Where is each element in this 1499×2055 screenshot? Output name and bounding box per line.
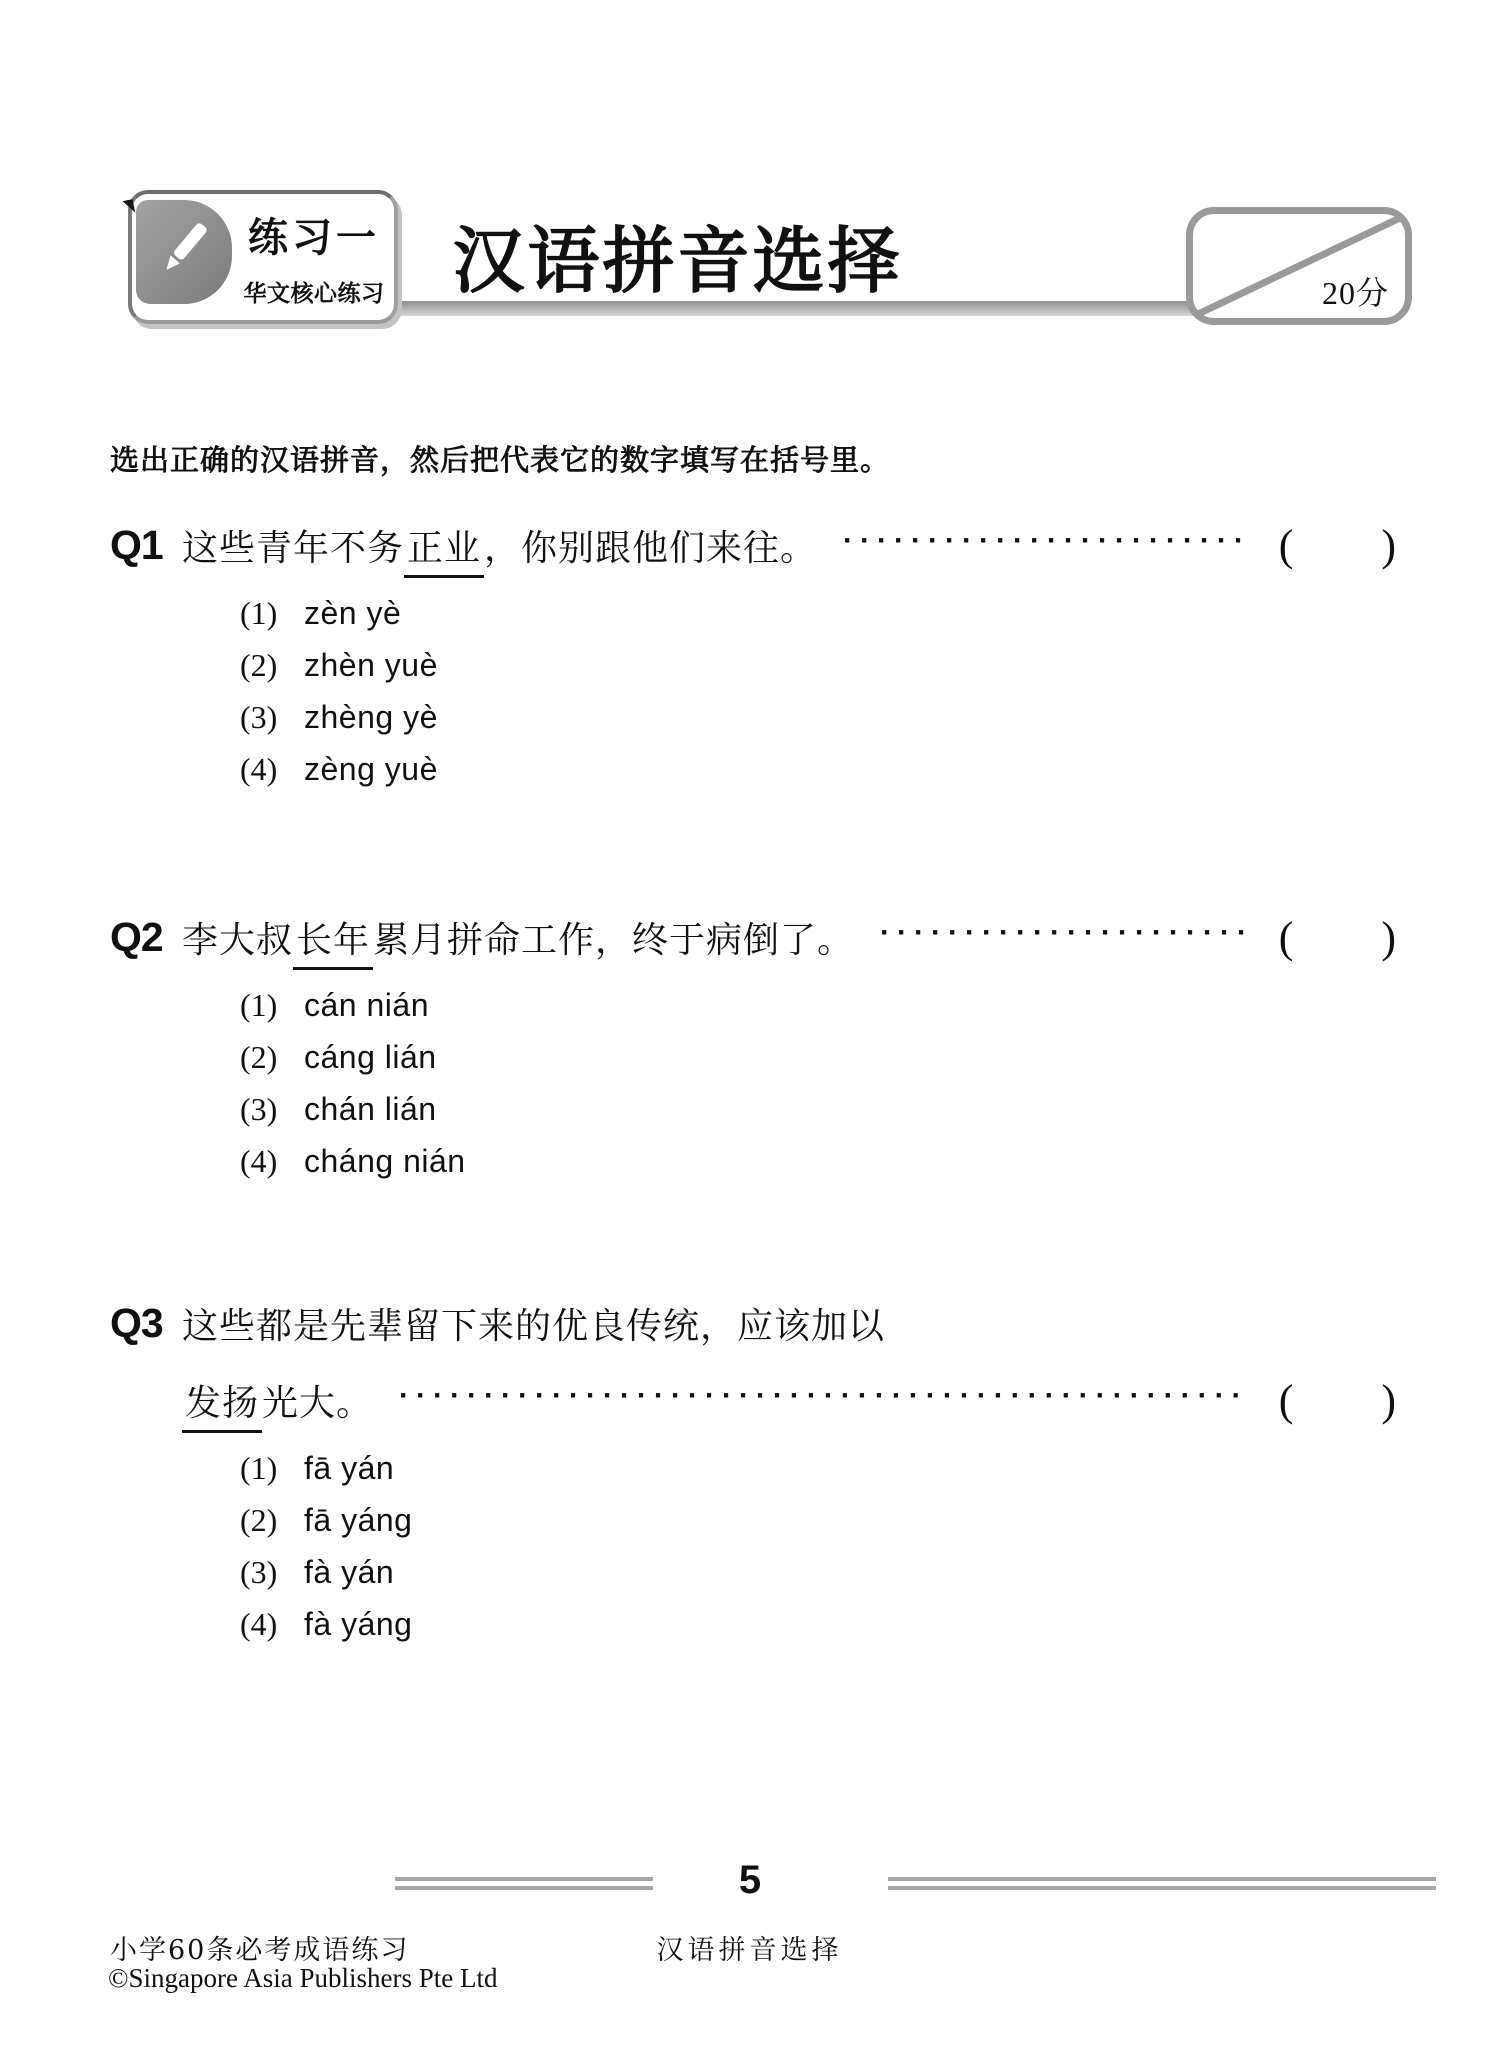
question-1-text-before: 这些青年不务 (182, 528, 404, 569)
question-2-answer-paren-open: ( (1279, 912, 1294, 963)
option-row: (1)cán nián (240, 987, 1396, 1024)
question-3-text-after: 光大。 (262, 1383, 373, 1424)
question-2-text: 李大叔长年累月拼命工作，终于病倒了。 (182, 912, 854, 963)
page-number-row: 5 (0, 1858, 1499, 1904)
option-number: (2) (240, 1039, 304, 1076)
option-pinyin: zèn yè (304, 595, 401, 632)
badge-subtitle: 华文核心练习 (236, 275, 392, 308)
question-2-text-before: 李大叔 (182, 920, 293, 961)
badge-text: 练习一 华文核心练习 (236, 206, 392, 308)
question-1-answer-paren-open: ( (1279, 520, 1294, 571)
question-3-line-1: Q3 这些都是先辈留下来的优良传统，应该加以 (110, 1298, 1396, 1349)
pencil-icon (136, 200, 232, 304)
option-row: (2)zhèn yuè (240, 647, 1396, 684)
question-2: Q2 李大叔长年累月拼命工作，终于病倒了。 ··················… (110, 912, 1396, 1195)
question-1-line: Q1 这些青年不务正业，你别跟他们来往。 ···················… (110, 520, 1396, 571)
badge-title: 练习一 (236, 206, 392, 263)
question-2-label: Q2 (110, 914, 182, 961)
option-pinyin: cáng lián (304, 1039, 437, 1076)
option-number: (1) (240, 987, 304, 1024)
page-title: 汉语拼音选择 (390, 203, 965, 307)
option-pinyin: fā yáng (304, 1502, 412, 1539)
option-number: (4) (240, 1606, 304, 1643)
option-pinyin: zhèn yuè (304, 647, 438, 684)
question-3: Q3 这些都是先辈留下来的优良传统，应该加以 发扬光大。 ···········… (110, 1298, 1396, 1658)
option-number: (4) (240, 751, 304, 788)
option-number: (3) (240, 1554, 304, 1591)
question-1-options: (1)zèn yè (2)zhèn yuè (3)zhèng yè (4)zèn… (240, 595, 1396, 788)
exercise-badge: 练习一 华文核心练习 (128, 190, 398, 324)
score-label: 20分 (1322, 268, 1389, 314)
option-row: (3)chán lián (240, 1091, 1396, 1128)
question-3-line-2: 发扬光大。 ··································… (182, 1375, 1396, 1426)
option-number: (2) (240, 1502, 304, 1539)
option-number: (3) (240, 1091, 304, 1128)
option-number: (3) (240, 699, 304, 736)
badge-corner-notch (123, 199, 136, 215)
question-1-dot-leader: ························ (843, 526, 1267, 556)
question-1-text-after: ，你别跟他们来往。 (484, 528, 817, 569)
option-row: (4)cháng nián (240, 1143, 1396, 1180)
question-2-text-after: 累月拼命工作，终于病倒了。 (373, 920, 854, 961)
option-number: (1) (240, 1450, 304, 1487)
question-1-text: 这些青年不务正业，你别跟他们来往。 (182, 520, 817, 571)
worksheet-page: 练习一 华文核心练习 汉语拼音选择 20分 选出正确的汉语拼音，然后把代表它的数… (0, 0, 1499, 2055)
option-row: (4)zèng yuè (240, 751, 1396, 788)
option-row: (1)fā yán (240, 1450, 1396, 1487)
option-pinyin: zhèng yè (304, 699, 438, 736)
option-pinyin: fà yáng (304, 1606, 412, 1643)
question-2-underlined-word: 长年 (293, 920, 373, 970)
option-pinyin: fà yán (304, 1554, 394, 1591)
option-pinyin: cán nián (304, 987, 429, 1024)
score-box: 20分 (1186, 207, 1412, 325)
option-pinyin: zèng yuè (304, 751, 438, 788)
question-3-underlined-word: 发扬 (182, 1383, 262, 1433)
footer-copyright: ©Singapore Asia Publishers Pte Ltd (108, 1963, 498, 1994)
option-number: (2) (240, 647, 304, 684)
question-3-options: (1)fā yán (2)fā yáng (3)fà yán (4)fà yán… (240, 1450, 1396, 1643)
footer-rule-right (888, 1877, 1436, 1890)
question-1-label: Q1 (110, 522, 182, 569)
question-2-answer-paren-close: ) (1381, 912, 1396, 963)
option-row: (1)zèn yè (240, 595, 1396, 632)
footer-rule-left (395, 1877, 653, 1890)
question-2-dot-leader: ······················ (880, 918, 1267, 948)
option-pinyin: fā yán (304, 1450, 394, 1487)
option-row: (4)fà yáng (240, 1606, 1396, 1643)
page-number: 5 (700, 1858, 800, 1903)
option-row: (3)fà yán (240, 1554, 1396, 1591)
question-3-label: Q3 (110, 1300, 182, 1347)
question-3-answer-paren-close: ) (1381, 1375, 1396, 1426)
question-3-text-line2: 发扬光大。 (182, 1375, 373, 1426)
question-3-answer-paren-open: ( (1279, 1375, 1294, 1426)
option-number: (1) (240, 595, 304, 632)
question-2-line: Q2 李大叔长年累月拼命工作，终于病倒了。 ··················… (110, 912, 1396, 963)
option-row: (2)cáng lián (240, 1039, 1396, 1076)
question-1-underlined-word: 正业 (404, 528, 484, 578)
question-3-text-line1: 这些都是先辈留下来的优良传统，应该加以 (182, 1298, 885, 1349)
option-pinyin: cháng nián (304, 1143, 466, 1180)
question-3-dot-leader: ········································… (399, 1381, 1267, 1411)
option-number: (4) (240, 1143, 304, 1180)
question-1-answer-paren-close: ) (1381, 520, 1396, 571)
option-row: (2)fā yáng (240, 1502, 1396, 1539)
option-row: (3)zhèng yè (240, 699, 1396, 736)
footer-section-title: 汉语拼音选择 (0, 1928, 1499, 1967)
question-2-options: (1)cán nián (2)cáng lián (3)chán lián (4… (240, 987, 1396, 1180)
instruction-text: 选出正确的汉语拼音，然后把代表它的数字填写在括号里。 (110, 438, 890, 479)
option-pinyin: chán lián (304, 1091, 437, 1128)
question-1: Q1 这些青年不务正业，你别跟他们来往。 ···················… (110, 520, 1396, 803)
